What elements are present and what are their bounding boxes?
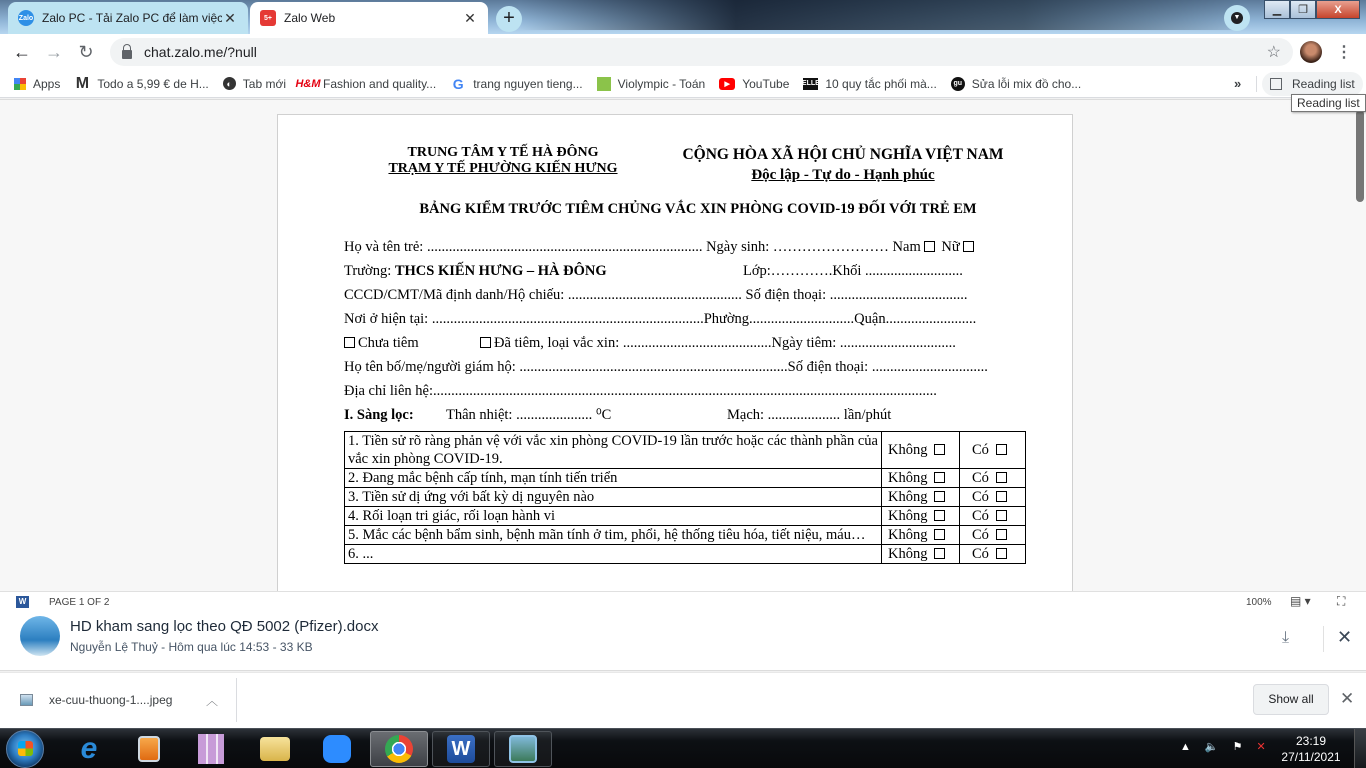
answer-yes-label: Có (972, 527, 989, 543)
show-all-button[interactable]: Show all (1253, 684, 1329, 715)
viewer-status-bar: W PAGE 1 OF 2 100% ▤ ▾ ⛶ (0, 591, 1366, 611)
answer-yes-label: Có (972, 442, 989, 458)
pulse-line: Mạch: .................... lần/phút (727, 407, 891, 424)
volume-icon[interactable]: 🔈 (1205, 740, 1219, 753)
photo-viewer-icon (509, 735, 537, 763)
answer-no[interactable]: Không (882, 469, 960, 488)
more-bookmarks-button[interactable]: » (1234, 76, 1241, 91)
bookmark-label: Tab mới (243, 77, 286, 91)
table-row: 2. Đang mắc bệnh cấp tính, mạn tính tiến… (345, 469, 1026, 488)
profile-avatar[interactable] (1300, 41, 1322, 63)
internet-explorer-icon: e (75, 735, 103, 763)
table-row: 6. ...Không Có (345, 545, 1026, 564)
answer-no-label: Không (888, 470, 927, 486)
org-line-2: TRẠM Y TẾ PHƯỜNG KIẾN HƯNG (368, 161, 638, 177)
bookmark-todo[interactable]: M Todo a 5,99 € de H... (74, 76, 208, 92)
action-center-flag-icon[interactable]: ⚑ (1233, 740, 1243, 753)
start-button[interactable] (6, 730, 44, 768)
bookmark-label: YouTube (742, 77, 789, 91)
restore-button[interactable]: ❐ (1290, 0, 1316, 19)
tab-title: Zalo Web (284, 11, 462, 25)
download-filename: xe-cuu-thuong-1....jpeg (49, 693, 172, 707)
clock-date: 27/11/2021 (1280, 749, 1342, 765)
taskbar-media-player[interactable] (120, 731, 178, 767)
question-text: 2. Đang mắc bệnh cấp tính, mạn tính tiến… (345, 469, 882, 488)
vaccinated-checkbox[interactable] (480, 337, 491, 348)
bookmark-label: trang nguyen tieng... (473, 77, 582, 91)
game-grid-icon (198, 734, 224, 764)
taskbar-photo-viewer[interactable] (494, 731, 552, 767)
bookmark-label: Todo a 5,99 € de H... (97, 77, 208, 91)
word-file-icon: W (16, 596, 29, 608)
reading-list-tooltip: Reading list (1291, 94, 1366, 112)
bookmark-label: Fashion and quality... (323, 77, 436, 91)
question-text: 1. Tiền sử rõ ràng phản vệ với vắc xin p… (345, 432, 882, 469)
chevron-down-icon: ▼ (1231, 12, 1243, 24)
answer-no-label: Không (888, 508, 927, 524)
answer-no[interactable]: Không (882, 545, 960, 564)
taskbar-zoom[interactable] (308, 731, 366, 767)
bookmark-youtube[interactable]: ▶ YouTube (719, 77, 789, 91)
reading-list-icon (1270, 78, 1282, 90)
taskbar-game-app[interactable] (182, 731, 240, 767)
close-tab-icon[interactable]: ✕ (462, 10, 478, 27)
close-shelf-icon[interactable]: ✕ (1340, 689, 1354, 709)
org-line-1: TRUNG TÂM Y TẾ HÀ ĐÔNG (368, 145, 638, 161)
yes-checkbox[interactable] (996, 529, 1007, 540)
answer-yes-label: Có (972, 508, 989, 524)
word-icon: W (447, 735, 475, 763)
class-line: Lớp:………….Khối ..........................… (743, 263, 963, 280)
answer-no-label: Không (888, 546, 927, 562)
table-row: 1. Tiền sử rõ ràng phản vệ với vắc xin p… (345, 432, 1026, 469)
bookmark-star-icon[interactable]: ☆ (1267, 42, 1281, 62)
address-line: Nơi ở hiện tại: ........................… (344, 311, 976, 328)
hm-logo-icon: H&M (300, 76, 316, 92)
vaccination-status-line: Chưa tiêm (344, 335, 419, 352)
yes-checkbox[interactable] (996, 548, 1007, 559)
answer-no[interactable]: Không (882, 507, 960, 526)
file-meta: Nguyễn Lệ Thuỷ - Hôm qua lúc 14:53 - 33 … (70, 640, 313, 654)
answer-no-label: Không (888, 442, 927, 458)
answer-no[interactable]: Không (882, 432, 960, 469)
close-icon[interactable]: ✕ (1337, 627, 1352, 648)
folder-icon (260, 737, 290, 761)
download-item[interactable]: xe-cuu-thuong-1....jpeg (20, 693, 172, 707)
bookmark-sua-loi[interactable]: gu Sửa lỗi mix đồ cho... (951, 77, 1081, 91)
zoom-app-icon (323, 735, 351, 763)
zalo-icon: Zalo (18, 10, 34, 26)
download-icon[interactable]: ⤓ (1282, 629, 1289, 647)
answer-yes[interactable]: Có (960, 469, 1026, 488)
zalo-notification-icon: 5+ (260, 10, 276, 26)
table-row: 5. Mắc các bệnh bẩm sinh, bệnh mãn tính … (345, 526, 1026, 545)
file-name: HD kham sang lọc theo QĐ 5002 (Pfizer).d… (70, 618, 378, 635)
bookmark-10-quy-tac[interactable]: ELLE 10 quy tắc phối mà... (803, 77, 936, 91)
window-controls: ▁ ❐ X (1264, 0, 1360, 19)
child-name-line: Họ và tên trẻ: .........................… (344, 239, 977, 256)
show-hidden-icons[interactable]: ▲ (1180, 741, 1191, 753)
bookmark-label: Violympic - Toán (618, 77, 706, 91)
bookmark-tab-moi[interactable]: ◐ Tab mới (223, 77, 286, 91)
question-text: 4. Rối loạn tri giác, rối loạn hành vi (345, 507, 882, 526)
question-text: 3. Tiền sử dị ứng với bất kỳ dị nguyên n… (345, 488, 882, 507)
violympic-icon (597, 77, 611, 91)
contact-line: Địa chỉ liên hệ:........................… (344, 383, 937, 400)
answer-no-label: Không (888, 527, 927, 543)
google-icon: G (450, 76, 466, 92)
field-text: Họ và tên trẻ: .........................… (344, 239, 921, 255)
screening-table: 1. Tiền sử rõ ràng phản vệ với vắc xin p… (344, 431, 1026, 564)
new-tab-button[interactable]: + (496, 6, 522, 32)
divider (1323, 626, 1324, 652)
female-label: Nữ (941, 239, 959, 255)
bookmark-trang-nguyen[interactable]: G trang nguyen tieng... (450, 76, 582, 92)
image-file-icon (20, 694, 33, 706)
yes-checkbox[interactable] (996, 510, 1007, 521)
taskbar-internet-explorer[interactable]: e (60, 731, 118, 767)
answer-yes-label: Có (972, 546, 989, 562)
no-checkbox[interactable] (934, 491, 945, 502)
school-label: Trường: (344, 263, 395, 279)
vertical-scrollbar[interactable] (1356, 110, 1364, 202)
answer-yes[interactable]: Có (960, 526, 1026, 545)
reading-list-label: Reading list (1292, 77, 1355, 91)
address-bar[interactable]: chat.zalo.me/?null ☆ (110, 38, 1293, 66)
taskbar-file-explorer[interactable] (246, 731, 304, 767)
document-page: TRUNG TÂM Y TẾ HÀ ĐÔNG TRẠM Y TẾ PHƯỜNG … (277, 114, 1073, 591)
media-player-icon (138, 736, 160, 762)
fullscreen-icon[interactable]: ⛶ (1337, 594, 1345, 609)
yes-checkbox[interactable] (996, 472, 1007, 483)
answer-no[interactable]: Không (882, 488, 960, 507)
id-line: CCCD/CMT/Mã định danh/Hộ chiếu: ........… (344, 287, 968, 304)
gmail-m-icon: M (74, 76, 90, 92)
tab-zalo-web[interactable]: 5+ Zalo Web ✕ (250, 2, 488, 34)
globe-icon: ◐ (223, 77, 236, 90)
forward-button[interactable]: → (38, 42, 70, 63)
bookmark-violympic[interactable]: Violympic - Toán (597, 77, 706, 91)
view-mode-icon[interactable]: ▤ ▾ (1290, 594, 1311, 608)
tab-zalo-pc[interactable]: Zalo Zalo PC - Tải Zalo PC để làm việc ✕ (8, 2, 248, 34)
yes-checkbox[interactable] (996, 491, 1007, 502)
answer-yes[interactable]: Có (960, 432, 1026, 469)
back-button[interactable]: ← (6, 42, 38, 63)
no-checkbox[interactable] (934, 472, 945, 483)
bookmark-label: Sửa lỗi mix đồ cho... (972, 77, 1081, 91)
answer-yes-label: Có (972, 470, 989, 486)
bookmark-label: Apps (33, 77, 60, 91)
chrome-icon (385, 735, 413, 763)
page-indicator: PAGE 1 OF 2 (49, 597, 109, 608)
screening-label: I. Sàng lọc: (344, 407, 414, 424)
minimize-button[interactable]: ▁ (1264, 0, 1290, 19)
sender-avatar (20, 616, 60, 656)
answer-yes[interactable]: Có (960, 488, 1026, 507)
power-icon[interactable]: ✕ (1256, 740, 1265, 753)
tab-search-button[interactable]: ▼ (1224, 5, 1250, 31)
vaccinated-label: Đã tiêm, loại vắc xin: .................… (494, 335, 956, 351)
apps-grid-icon (14, 78, 26, 90)
taskbar-word[interactable]: W (432, 731, 490, 767)
answer-yes[interactable]: Có (960, 545, 1026, 564)
document-viewer[interactable]: TRUNG TÂM Y TẾ HÀ ĐÔNG TRẠM Y TẾ PHƯỜNG … (0, 99, 1366, 591)
not-vaccinated-checkbox[interactable] (344, 337, 355, 348)
show-desktop-button[interactable] (1354, 729, 1366, 768)
browser-tab-strip: Zalo Zalo PC - Tải Zalo PC để làm việc ✕… (0, 0, 1366, 34)
female-checkbox[interactable] (963, 241, 974, 252)
no-checkbox[interactable] (934, 529, 945, 540)
yes-checkbox[interactable] (996, 444, 1007, 455)
reading-list-button[interactable]: Reading list (1262, 72, 1363, 96)
question-text: 6. ... (345, 545, 882, 564)
clock-time: 23:19 (1280, 733, 1342, 749)
answer-no-label: Không (888, 489, 927, 505)
system-tray: ▲ 🔈 ⚑ ✕ (1180, 740, 1266, 753)
no-checkbox[interactable] (934, 510, 945, 521)
answer-no[interactable]: Không (882, 526, 960, 545)
question-text: 5. Mắc các bệnh bẩm sinh, bệnh mãn tính … (345, 526, 882, 545)
school-value: THCS KIẾN HƯNG – HÀ ĐÔNG (395, 263, 607, 279)
national-title: CỘNG HÒA XÃ HỘI CHỦ NGHĨA VIỆT NAM (658, 145, 1028, 165)
zoom-level[interactable]: 100% (1246, 597, 1272, 608)
answer-yes-label: Có (972, 489, 989, 505)
national-motto: Độc lập - Tự do - Hạnh phúc (658, 165, 1028, 185)
organization-header: TRUNG TÂM Y TẾ HÀ ĐÔNG TRẠM Y TẾ PHƯỜNG … (368, 145, 638, 177)
system-clock[interactable]: 23:19 27/11/2021 (1280, 733, 1342, 765)
divider (1256, 76, 1257, 92)
male-checkbox[interactable] (924, 241, 935, 252)
elle-icon: ELLE (803, 78, 818, 90)
taskbar-chrome[interactable] (370, 731, 428, 767)
no-checkbox[interactable] (934, 444, 945, 455)
url-text: chat.zalo.me/?null (144, 44, 257, 60)
browser-toolbar: ← → ↻ chat.zalo.me/?null ☆ ⋮ (0, 34, 1366, 70)
bookmarks-bar: Apps M Todo a 5,99 € de H... ◐ Tab mới H… (0, 70, 1366, 98)
more-menu-icon[interactable]: ⋮ (1336, 42, 1352, 62)
bookmark-apps[interactable]: Apps (14, 77, 60, 91)
lock-icon (122, 50, 132, 59)
gu-icon: gu (951, 77, 965, 91)
file-info-bar: HD kham sang lọc theo QĐ 5002 (Pfizer).d… (0, 611, 1366, 671)
youtube-icon: ▶ (719, 78, 735, 90)
windows-taskbar: e W ▲ 🔈 ⚑ ✕ 23:19 27/11/2021 (0, 728, 1366, 768)
answer-yes[interactable]: Có (960, 507, 1026, 526)
chevron-up-icon[interactable]: ︿ (206, 692, 218, 709)
close-window-button[interactable]: X (1316, 0, 1360, 19)
close-tab-icon[interactable]: ✕ (222, 10, 238, 27)
guardian-line: Họ tên bố/mẹ/người giám hộ: ............… (344, 359, 988, 376)
school-line: Trường: THCS KIẾN HƯNG – HÀ ĐÔNG (344, 263, 607, 280)
vaccinated-line: Đã tiêm, loại vắc xin: .................… (480, 335, 956, 352)
tab-title: Zalo PC - Tải Zalo PC để làm việc (42, 11, 222, 25)
reload-button[interactable]: ↻ (70, 42, 102, 63)
table-row: 4. Rối loạn tri giác, rối loạn hành viKh… (345, 507, 1026, 526)
national-header: CỘNG HÒA XÃ HỘI CHỦ NGHĨA VIỆT NAM Độc l… (658, 145, 1028, 185)
table-row: 3. Tiền sử dị ứng với bất kỳ dị nguyên n… (345, 488, 1026, 507)
document-title: BẢNG KIỂM TRƯỚC TIÊM CHỦNG VẮC XIN PHÒNG… (338, 201, 1058, 218)
no-checkbox[interactable] (934, 548, 945, 559)
download-shelf: xe-cuu-thuong-1....jpeg ︿ Show all ✕ (0, 672, 1366, 728)
not-vaccinated-label: Chưa tiêm (358, 335, 419, 351)
bookmark-hm[interactable]: H&M Fashion and quality... (300, 76, 436, 92)
divider (236, 678, 237, 722)
temperature-line: Thân nhiệt: ..................... ⁰C (446, 407, 611, 424)
bookmark-label: 10 quy tắc phối mà... (825, 77, 936, 91)
